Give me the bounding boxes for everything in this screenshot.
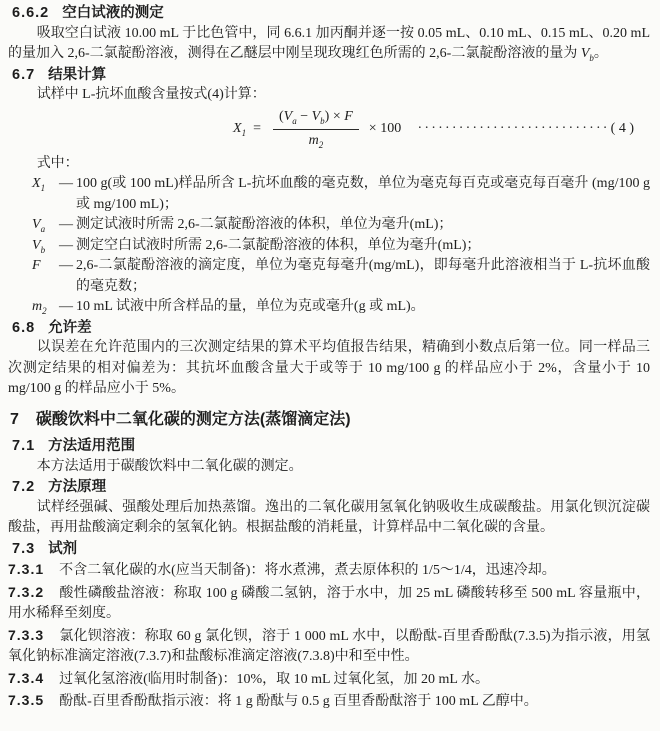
heading-number: 7.3 bbox=[12, 541, 35, 557]
heading-number: 7.2 bbox=[12, 479, 35, 495]
reagent-clause-7-3-4: 7.3.4过氧化氢溶液(临用时制备)：10%，取 10 mL 过氧化氢，加 20… bbox=[8, 668, 650, 691]
definition-row: F — 2,6-二氯靛酚溶液的滴定度，单位为毫克每毫升(mg/mL)，即每毫升此… bbox=[32, 256, 650, 297]
paragraph-blank-test: 吸取空白试液 10.00 mL 于比色管中，同 6.6.1 加丙酮并逐一按 0.… bbox=[8, 24, 650, 65]
definition-desc: 测定试液时所需 2,6-二氯靛酚溶液的体积，单位为毫升(mL)； bbox=[76, 215, 650, 236]
equals-sign: = bbox=[253, 119, 261, 140]
clause-number: 7.3.1 bbox=[8, 561, 44, 577]
variable-definitions: X1 — 100 g(或 100 mL)样品所含 L-抗坏血酸的毫克数，单位为毫… bbox=[32, 174, 650, 318]
chapter-heading-7: 7碳酸饮料中二氧化碳的测定方法(蒸馏滴定法) bbox=[8, 410, 650, 431]
definition-dash: — bbox=[59, 215, 76, 236]
fraction-numerator: (Va − Vb) × F bbox=[273, 107, 359, 130]
definition-dash: — bbox=[59, 297, 76, 318]
paragraph-principle: 试样经强碱、强酸处理后加热蒸馏。逸出的二氧化碳用氢氧化钠吸收生成碳酸盐。用氯化钡… bbox=[8, 498, 650, 539]
reagent-clause-7-3-3: 7.3.3氯化钡溶液：称取 60 g 氯化钡，溶于 1 000 mL 水中，以酚… bbox=[8, 625, 650, 668]
formula-expression: X1 = (Va − Vb) × F m2 × 100 bbox=[233, 107, 401, 152]
variable-vb: Vb bbox=[581, 46, 594, 61]
clause-text: 不含二氧化碳的水(应当天制备)：将水煮沸，煮去原体积的 1/5～1/4，迅速冷却… bbox=[59, 563, 556, 578]
heading-number: 6.8 bbox=[12, 320, 35, 336]
definition-dash: — bbox=[59, 236, 76, 257]
definition-desc: 100 g(或 100 mL)样品所含 L-抗坏血酸的毫克数，单位为毫克每百克或… bbox=[76, 174, 650, 215]
heading-title: 方法适用范围 bbox=[48, 438, 135, 454]
reagent-clause-7-3-1: 7.3.1不含二氧化碳的水(应当天制备)：将水煮沸，煮去原体积的 1/5～1/4… bbox=[8, 559, 650, 582]
heading-number: 7.1 bbox=[12, 438, 35, 454]
paragraph-scope: 本方法适用于碳酸饮料中二氧化碳的测定。 bbox=[8, 457, 650, 478]
clause-text: 酸性磷酸盐溶液：称取 100 g 磷酸二氢钠，溶于水中，加 25 mL 磷酸转移… bbox=[8, 586, 650, 622]
definition-row: m2 — 10 mL 试液中所含样品的量，单位为克或毫升(g 或 mL)。 bbox=[32, 297, 650, 318]
definition-desc: 10 mL 试液中所含样品的量，单位为克或毫升(g 或 mL)。 bbox=[76, 297, 650, 318]
heading-title: 允许差 bbox=[48, 320, 92, 336]
fraction-denominator: m2 bbox=[273, 129, 359, 152]
clause-heading-6-6-2: 6.6.2空白试液的测定 bbox=[8, 3, 650, 24]
definition-term: Vb bbox=[32, 236, 59, 257]
formula-multiplier: × 100 bbox=[369, 119, 401, 140]
definition-dash: — bbox=[59, 174, 76, 215]
heading-title: 试剂 bbox=[48, 541, 77, 557]
definition-row: Va — 测定试液时所需 2,6-二氯靛酚溶液的体积，单位为毫升(mL)； bbox=[32, 215, 650, 236]
formula-lhs: X1 bbox=[233, 119, 246, 140]
clause-heading-6-7: 6.7结果计算 bbox=[8, 65, 650, 86]
definition-term: Va bbox=[32, 215, 59, 236]
heading-number: 7 bbox=[10, 411, 20, 428]
paragraph-tolerance: 以误差在允许范围内的三次测定结果的算术平均值报告结果，精确到小数点后第一位。同一… bbox=[8, 338, 650, 400]
clause-text: 氯化钡溶液：称取 60 g 氯化钡，溶于 1 000 mL 水中，以酚酞-百里香… bbox=[8, 629, 650, 665]
reagent-clause-7-3-5: 7.3.5酚酞-百里香酚酞指示液：将 1 g 酚酞与 0.5 g 百里香酚酞溶于… bbox=[8, 690, 650, 713]
paragraph-text: 吸取空白试液 10.00 mL 于比色管中，同 6.6.1 加丙酮并逐一按 0.… bbox=[8, 26, 650, 62]
clause-text: 过氧化氢溶液(临用时制备)：10%，取 10 mL 过氧化氢，加 20 mL 水… bbox=[59, 672, 489, 687]
heading-number: 6.7 bbox=[12, 67, 35, 83]
heading-title: 空白试液的测定 bbox=[62, 5, 164, 21]
clause-heading-7-1: 7.1方法适用范围 bbox=[8, 436, 650, 457]
definition-term: X1 bbox=[32, 174, 59, 215]
fraction: (Va − Vb) × F m2 bbox=[273, 107, 359, 152]
clause-heading-7-2: 7.2方法原理 bbox=[8, 477, 650, 498]
heading-number: 6.6.2 bbox=[12, 5, 49, 21]
definition-desc: 2,6-二氯靛酚溶液的滴定度，单位为毫克每毫升(mg/mL)，即每毫升此溶液相当… bbox=[76, 256, 650, 297]
formula-4: X1 = (Va − Vb) × F m2 × 100 ············… bbox=[8, 107, 650, 152]
definition-row: Vb — 测定空白试液时所需 2,6-二氯靛酚溶液的体积，单位为毫升(mL)； bbox=[32, 236, 650, 257]
definition-row: X1 — 100 g(或 100 mL)样品所含 L-抗坏血酸的毫克数，单位为毫… bbox=[32, 174, 650, 215]
heading-title: 碳酸饮料中二氧化碳的测定方法(蒸馏滴定法) bbox=[36, 411, 351, 428]
formula-number: ( 4 ) bbox=[611, 119, 634, 140]
definition-dash: — bbox=[59, 256, 76, 297]
document-page: 6.6.2空白试液的测定 吸取空白试液 10.00 mL 于比色管中，同 6.6… bbox=[0, 0, 660, 731]
where-label: 式中： bbox=[8, 154, 650, 175]
clause-number: 7.3.5 bbox=[8, 692, 44, 708]
clause-heading-6-8: 6.8允许差 bbox=[8, 318, 650, 339]
formula-intro: 试样中 L-抗坏血酸含量按式(4)计算： bbox=[8, 85, 650, 106]
definition-term: F bbox=[32, 256, 59, 297]
reagent-clause-7-3-2: 7.3.2酸性磷酸盐溶液：称取 100 g 磷酸二氢钠，溶于水中，加 25 mL… bbox=[8, 582, 650, 625]
clause-number: 7.3.2 bbox=[8, 584, 44, 600]
clause-text: 酚酞-百里香酚酞指示液：将 1 g 酚酞与 0.5 g 百里香酚酞溶于 100 … bbox=[59, 694, 538, 709]
heading-title: 方法原理 bbox=[48, 479, 106, 495]
heading-title: 结果计算 bbox=[48, 67, 106, 83]
clause-number: 7.3.4 bbox=[8, 670, 44, 686]
clause-number: 7.3.3 bbox=[8, 627, 44, 643]
definition-desc: 测定空白试液时所需 2,6-二氯靛酚溶液的体积，单位为毫升(mL)； bbox=[76, 236, 650, 257]
clause-heading-7-3: 7.3试剂 bbox=[8, 539, 650, 560]
dot-leader: ···························· bbox=[411, 119, 609, 140]
definition-term: m2 bbox=[32, 297, 59, 318]
